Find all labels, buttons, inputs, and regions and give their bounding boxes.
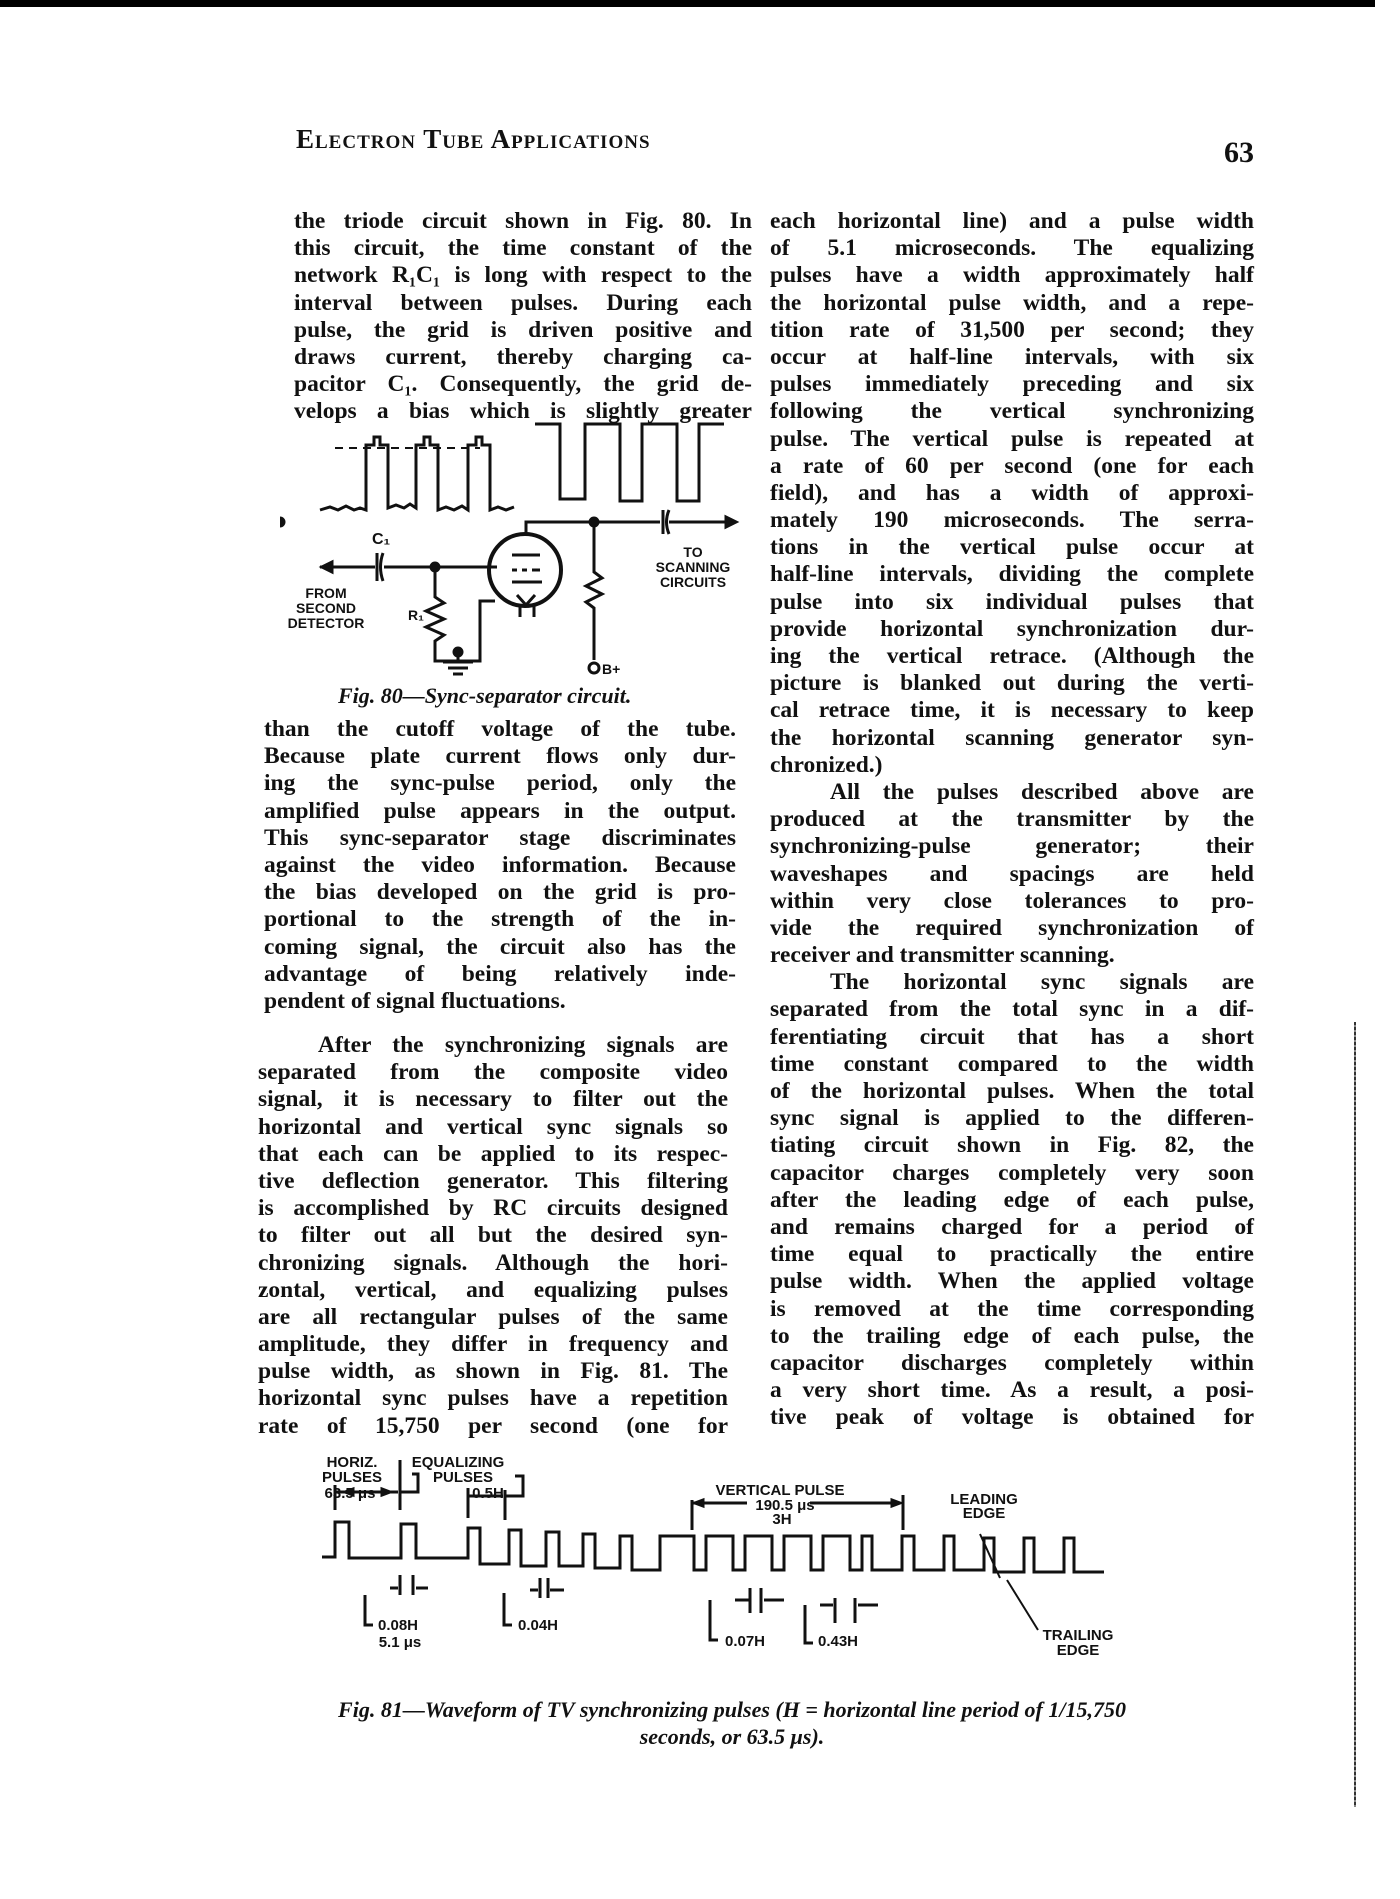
- text-line: time equal to practically the entire: [770, 1241, 1254, 1268]
- label-horiz-width-us: 5.1 μs: [379, 1634, 422, 1651]
- text-line: this circuit, the time constant of the: [294, 235, 752, 262]
- text-line: pulse width, as shown in Fig. 81. The: [258, 1358, 728, 1385]
- figure-80-caption: Fig. 80—Sync-separator circuit.: [338, 683, 631, 709]
- label-serration-width: 0.07H: [725, 1633, 765, 1650]
- label-trailing-edge-2: EDGE: [1057, 1642, 1100, 1659]
- label-horiz-pulses: PULSES: [322, 1469, 382, 1486]
- text-line: field), and has a width of approxi-: [770, 480, 1254, 507]
- text-line: pulse. The vertical pulse is repeated at: [770, 426, 1254, 453]
- page-edge-shadow: [1354, 1022, 1356, 1807]
- label-horiz-period: 63.5 μs: [325, 1485, 376, 1502]
- text-line: horizontal and vertical sync signals so: [258, 1114, 728, 1141]
- text-line: are all rectangular pulses of the same: [258, 1304, 728, 1331]
- text-line: vide the required synchronization of: [770, 915, 1254, 942]
- text-line: synchronizing-pulse generator; their: [770, 833, 1254, 860]
- text-line: the horizontal scanning generator syn-: [770, 725, 1254, 752]
- text-line: pendent of signal fluctuations.: [264, 988, 736, 1015]
- text-line: pacitor C₁. Consequently, the grid de-: [294, 371, 752, 398]
- text-line: pulse into six individual pulses that: [770, 589, 1254, 616]
- label-equalizing-pulses: PULSES: [433, 1469, 493, 1486]
- text-line: a rate of 60 per second (one for each: [770, 453, 1254, 480]
- text-line: pulses have a width approximately half: [770, 262, 1254, 289]
- figure-81-caption-line-2: seconds, or 63.5 μs).: [252, 1723, 1212, 1750]
- output-waveform: [535, 424, 724, 501]
- text-line: separated from the total sync in a dif-: [770, 996, 1254, 1023]
- left-column-paragraph-2: After the synchronizing signals are sepa…: [258, 1032, 728, 1440]
- label-to: TO: [683, 544, 702, 560]
- text-line: and remains charged for a period of: [770, 1214, 1254, 1241]
- text-line: tions in the vertical pulse occur at: [770, 534, 1254, 561]
- label-vertical-width-h: 3H: [772, 1511, 791, 1528]
- left-column-paragraph-1-continued: than the cutoff voltage of the tube. Bec…: [264, 716, 736, 1015]
- resistor-r1: [426, 567, 495, 661]
- text-line: within very close tolerances to pro-: [770, 888, 1254, 915]
- text-line: draws current, thereby charging ca-: [294, 344, 752, 371]
- text-line: amplitude, they differ in frequency and: [258, 1331, 728, 1358]
- text-line: After the synchronizing signals are: [258, 1032, 728, 1059]
- text-line: pulse width. When the applied voltage: [770, 1268, 1254, 1295]
- text-line: signal, it is necessary to filter out th…: [258, 1086, 728, 1113]
- text-line: amplified pulse appears in the output.: [264, 798, 736, 825]
- label-eq-width: 0.04H: [518, 1617, 558, 1634]
- text-line: to filter out all but the desired syn-: [258, 1222, 728, 1249]
- text-line: waveshapes and spacings are held: [770, 861, 1254, 888]
- text-line: than the cutoff voltage of the tube.: [264, 716, 736, 743]
- label-horiz-width-h: 0.08H: [378, 1617, 418, 1634]
- text-line: to the trailing edge of each pulse, the: [770, 1323, 1254, 1350]
- text-line: of 5.1 microseconds. The equalizing: [770, 235, 1254, 262]
- text-line: receiver and transmitter scanning.: [770, 942, 1254, 969]
- text-line: separated from the composite video: [258, 1059, 728, 1086]
- label-c1: C₁: [372, 531, 391, 548]
- text-line: that each can be applied to its respec-: [258, 1141, 728, 1168]
- label-second: SECOND: [296, 600, 356, 616]
- text-line: ing the vertical retrace. (Although the: [770, 643, 1254, 670]
- text-line: pulse, the grid is driven positive and: [294, 317, 752, 344]
- text-line: the horizontal pulse width, and a repe-: [770, 290, 1254, 317]
- label-circuits: CIRCUITS: [660, 574, 726, 590]
- text-line: tive peak of voltage is obtained for: [770, 1404, 1254, 1431]
- text-line: a very short time. As a result, a posi-: [770, 1377, 1254, 1404]
- text-line: horizontal sync pulses have a repetition: [258, 1385, 728, 1412]
- label-scanning: SCANNING: [656, 559, 731, 575]
- text-line: The horizontal sync signals are: [770, 969, 1254, 996]
- label-r1: R₁: [408, 607, 424, 623]
- text-line: tive deflection generator. This filterin…: [258, 1168, 728, 1195]
- text-line: zontal, vertical, and equalizing pulses: [258, 1277, 728, 1304]
- text-line: rate of 15,750 per second (one for: [258, 1413, 728, 1440]
- text-line: is accomplished by RC circuits designed: [258, 1195, 728, 1222]
- label-equalizing-period: 0.5H: [472, 1485, 504, 1502]
- text-line: pulses immediately preceding and six: [770, 371, 1254, 398]
- text-line: tiating circuit shown in Fig. 82, the: [770, 1132, 1254, 1159]
- text-line: half-line intervals, dividing the comple…: [770, 561, 1254, 588]
- text-line: provide horizontal synchronization dur-: [770, 616, 1254, 643]
- figure-81-caption: Fig. 81—Waveform of TV synchronizing pul…: [252, 1696, 1212, 1750]
- text-line: ferentiating circuit that has a short: [770, 1024, 1254, 1051]
- text-line: is removed at the time corresponding: [770, 1296, 1254, 1323]
- label-leading-edge-2: EDGE: [963, 1505, 1006, 1522]
- text-line: each horizontal line) and a pulse width: [770, 208, 1254, 235]
- text-line: advantage of being relatively inde-: [264, 961, 736, 988]
- label-vertical-sub-width: 0.43H: [818, 1633, 858, 1650]
- text-line: the bias developed on the grid is pro-: [264, 879, 736, 906]
- text-line: after the leading edge of each pulse,: [770, 1187, 1254, 1214]
- text-line: of the horizontal pulses. When the total: [770, 1078, 1254, 1105]
- text-line: time constant compared to the width: [770, 1051, 1254, 1078]
- figure-80-sync-separator-circuit: C₁ R₁ FROM SECOND DETECTOR TO SCANNING C…: [280, 410, 780, 680]
- text-line: chronized.): [770, 752, 1254, 779]
- text-line: Because plate current flows only dur-: [264, 743, 736, 770]
- text-line: sync signal is applied to the differen-: [770, 1105, 1254, 1132]
- text-line: portional to the strength of the in-: [264, 906, 736, 933]
- plate-load-resistor: [586, 522, 602, 660]
- text-line: interval between pulses. During each: [294, 290, 752, 317]
- text-line: network R₁C₁ is long with respect to the: [294, 262, 752, 289]
- label-detector: DETECTOR: [288, 615, 365, 631]
- text-line: mately 190 microseconds. The serra-: [770, 507, 1254, 534]
- right-column: each horizontal line) and a pulse width …: [770, 208, 1254, 1431]
- text-line: the triode circuit shown in Fig. 80. In: [294, 208, 752, 235]
- scan-top-border: [0, 0, 1375, 7]
- text-line: This sync-separator stage discriminates: [264, 825, 736, 852]
- label-from: FROM: [305, 585, 346, 601]
- text-line: picture is blanked out during the verti-: [770, 670, 1254, 697]
- text-line: capacitor discharges completely within: [770, 1350, 1254, 1377]
- figure-81-caption-line-1: Fig. 81—Waveform of TV synchronizing pul…: [252, 1696, 1212, 1723]
- text-line: cal retrace time, it is necessary to kee…: [770, 697, 1254, 724]
- text-line: chronizing signals. Although the hori-: [258, 1250, 728, 1277]
- text-line: following the vertical synchronizing: [770, 398, 1254, 425]
- text-line: coming signal, the circuit also has the: [264, 934, 736, 961]
- text-line: tition rate of 31,500 per second; they: [770, 317, 1254, 344]
- page-number: 63: [1224, 136, 1254, 170]
- label-b-plus: B+: [602, 661, 620, 677]
- left-column-paragraph-1: the triode circuit shown in Fig. 80. In …: [294, 208, 752, 426]
- figure-81-sync-pulse-waveform: HORIZ. PULSES 63.5 μs EQUALIZING PULSES …: [290, 1450, 1190, 1690]
- text-line: capacitor charges completely very soon: [770, 1160, 1254, 1187]
- text-line: against the video information. Because: [264, 852, 736, 879]
- text-line: produced at the transmitter by the: [770, 806, 1254, 833]
- text-line: All the pulses described above are: [770, 779, 1254, 806]
- running-header: Electron Tube Applications: [296, 124, 651, 155]
- text-line: ing the sync-pulse period, only the: [264, 770, 736, 797]
- text-line: occur at half-line intervals, with six: [770, 344, 1254, 371]
